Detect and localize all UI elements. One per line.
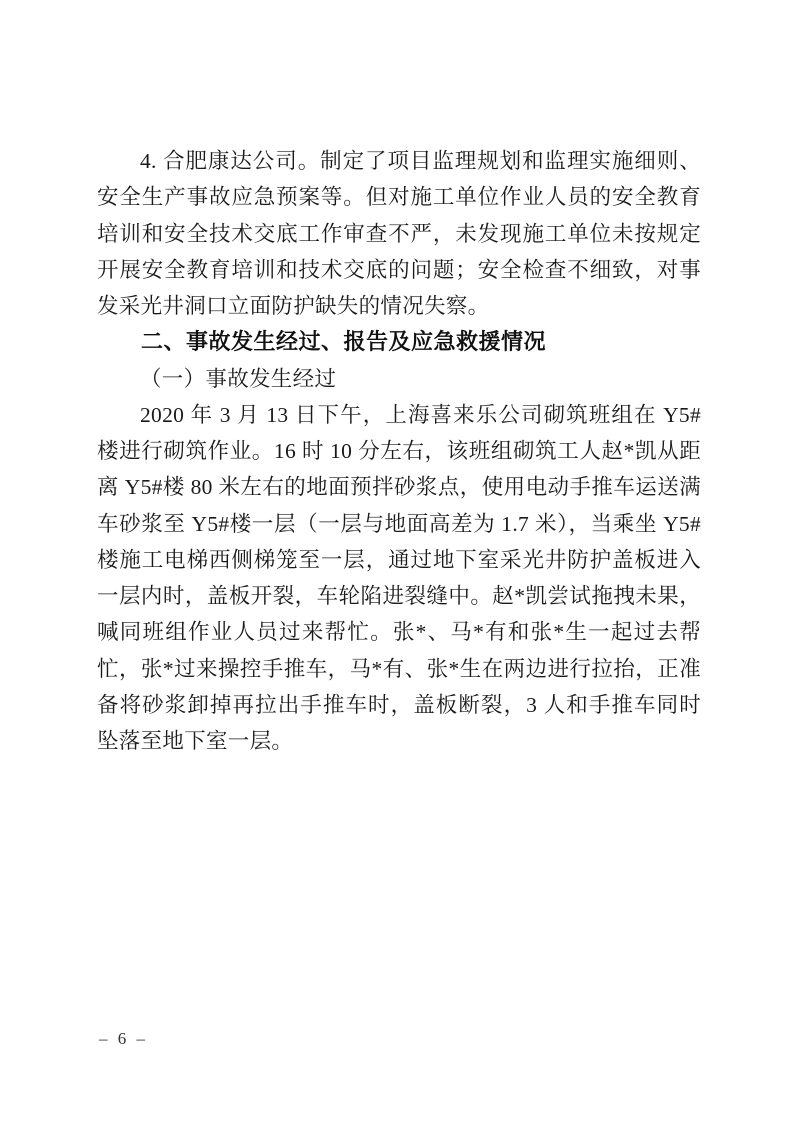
page-number: – 6 – (99, 1027, 148, 1051)
document-content: 4. 合肥康达公司。制定了项目监理规划和监理实施细则、安全生产事故应急预案等。但… (97, 143, 701, 759)
paragraph-supervision-company-findings: 4. 合肥康达公司。制定了项目监理规划和监理实施细则、安全生产事故应急预案等。但… (97, 143, 701, 324)
section-heading-accident-course: 二、事故发生经过、报告及应急救援情况 (97, 324, 701, 360)
paragraph-accident-narrative: 2020 年 3 月 13 日下午，上海喜来乐公司砌筑班组在 Y5#楼进行砌筑作… (97, 397, 701, 760)
subsection-heading-accident-course: （一）事故发生经过 (97, 361, 701, 397)
document-page: 4. 合肥康达公司。制定了项目监理规划和监理实施细则、安全生产事故应急预案等。但… (0, 0, 793, 1122)
